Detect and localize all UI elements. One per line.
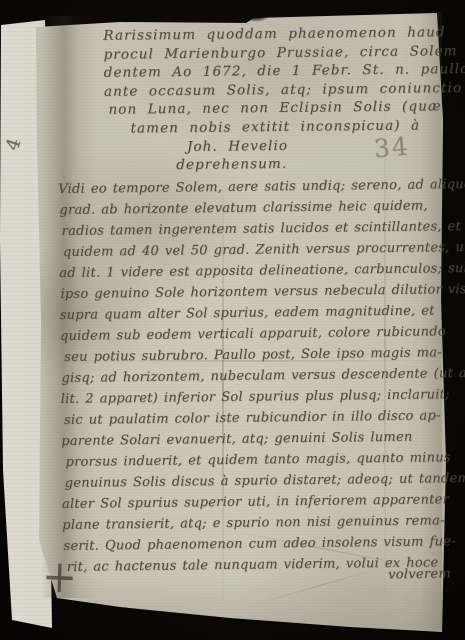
pen-cross-mark: + bbox=[41, 554, 78, 601]
paper-edge-blemish bbox=[242, 9, 270, 22]
body-text-block: Vidi eo tempore Solem, aere satis undiq;… bbox=[58, 174, 457, 578]
manuscript-photo: 4 34 Rarissimum quoddam phaenomenon haud… bbox=[0, 0, 465, 640]
title-closing-line: deprehensum. bbox=[61, 154, 403, 176]
catchword: volverem bbox=[388, 566, 451, 582]
title-block: Rarissimum quoddam phaenomenon haud proc… bbox=[103, 23, 447, 175]
